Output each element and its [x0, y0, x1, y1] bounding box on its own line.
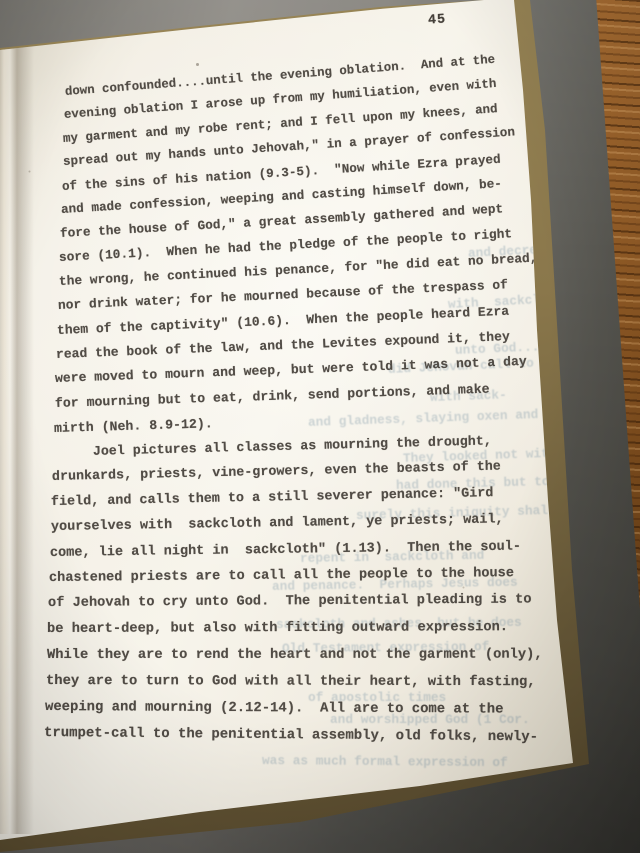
text-line: for mourning but to eat, drink, send por… [54, 382, 489, 411]
text-line: trumpet-call to the penitential assembly… [44, 725, 538, 745]
text-line: they are to turn to God with all their h… [46, 673, 536, 690]
bleedthrough-line: was as much formal expression of [262, 753, 508, 770]
text-line: be heart-deep, but also with fitting out… [47, 620, 508, 637]
page-number: 45 [427, 12, 446, 28]
text-line: yourselves with sackcloth and lament, ye… [50, 513, 503, 536]
text-line: mirth (Neh. 8.9-12). [54, 416, 213, 436]
text-line: of Jehovah to cry unto God. The penitent… [48, 593, 532, 612]
photo-scene: 45 and decreed.with sackcloth.unto God..… [0, 0, 640, 853]
text-line: While they are to rend the heart and not… [47, 647, 543, 662]
page-binding-curl [0, 44, 34, 834]
text-line: weeping and mourning (2.12-14). All are … [45, 699, 504, 718]
